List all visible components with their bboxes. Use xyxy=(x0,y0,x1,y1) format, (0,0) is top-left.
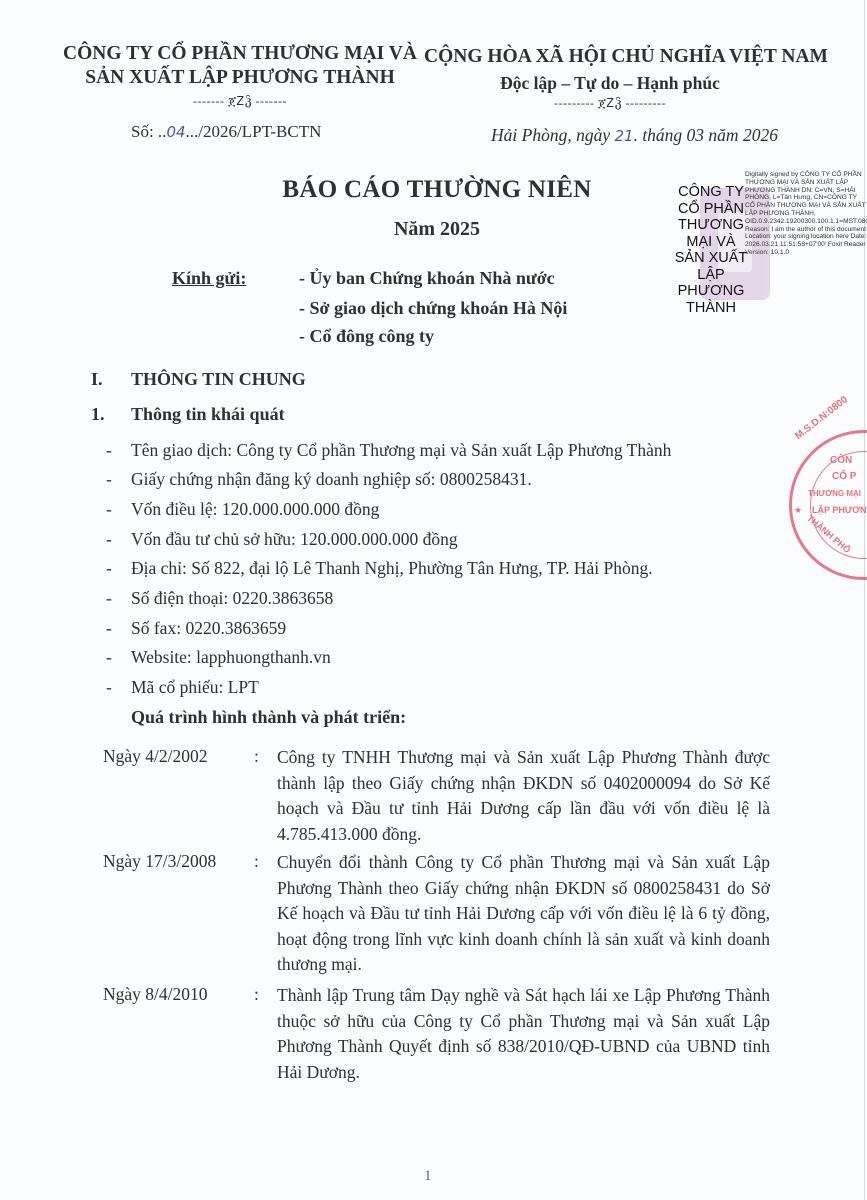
place-date: Hải Phòng, ngày 21. tháng 03 năm 2026 xyxy=(491,125,778,146)
day-handwritten: 21 xyxy=(614,127,633,145)
history-heading: Quá trình hình thành và phát triển: xyxy=(131,707,406,728)
info-item: Số fax: 0220.3863659 xyxy=(131,618,286,639)
doc-number-handwritten: 04 xyxy=(166,123,185,141)
info-item[interactable]: Website: lapphuongthanh.vn xyxy=(131,647,331,668)
stamp-arc-top: M.S.D.N:0800 xyxy=(793,394,850,442)
stamp-line: LẬP PHƯƠN xyxy=(812,505,866,515)
info-item: Vốn điều lệ: 120.000.000.000 đồng xyxy=(131,499,379,520)
info-item: Mã cổ phiếu: LPT xyxy=(131,677,259,698)
bullet-dash: - xyxy=(106,499,112,520)
doc-number-suffix: .../2026/LPT-BCTN xyxy=(186,122,322,141)
star-icon: ★ xyxy=(794,505,802,516)
stamp-line: CÔN xyxy=(830,455,852,466)
history-text: Thành lập Trung tâm Dạy nghề và Sát hạch… xyxy=(277,983,770,1085)
history-colon: : xyxy=(254,746,259,767)
bullet-dash: - xyxy=(106,558,112,579)
history-text: Công ty TNHH Thương mại và Sản xuất Lập … xyxy=(277,745,770,847)
digital-signature-name[interactable]: CÔNG TY CỔ PHẦN THƯƠNG MẠI VÀ SẢN XUẤT L… xyxy=(672,184,750,316)
history-date: Ngày 4/2/2002 xyxy=(103,746,208,767)
bullet-dash: - xyxy=(106,677,112,698)
stamp-line: THƯƠNG MẠI xyxy=(808,489,861,498)
recipient-item: - Sở giao dịch chứng khoán Hà Nội xyxy=(299,298,567,319)
place-date-prefix: Hải Phòng, ngày xyxy=(491,125,614,145)
page-number: 1 xyxy=(424,1168,432,1185)
digital-signature-details[interactable]: Digitally signed by CÔNG TY CỔ PHẦN THƯƠ… xyxy=(745,171,867,257)
history-date: Ngày 8/4/2010 xyxy=(103,984,208,1005)
recipients-label: Kính gửi: xyxy=(172,268,246,289)
recipient-item: - Ủy ban Chứng khoán Nhà nước xyxy=(299,268,555,289)
bullet-dash: - xyxy=(106,469,112,490)
national-ornament: --------- ጀᏃჴ --------- xyxy=(424,96,796,111)
bullet-dash: - xyxy=(106,618,112,639)
bullet-dash: - xyxy=(106,647,112,668)
place-date-suffix: . tháng 03 năm 2026 xyxy=(634,125,778,145)
info-item: Vốn đầu tư chủ sở hữu: 120.000.000.000 đ… xyxy=(131,529,458,550)
bullet-dash: - xyxy=(106,588,112,609)
report-title: BÁO CÁO THƯỜNG NIÊN xyxy=(250,176,624,204)
info-item: Tên giao dịch: Công ty Cổ phần Thương mạ… xyxy=(131,440,671,461)
info-item: Địa chỉ: Số 822, đại lộ Lê Thanh Nghị, P… xyxy=(131,558,653,579)
info-item: Số điện thoại: 0220.3863658 xyxy=(131,588,333,609)
bullet-dash: - xyxy=(106,529,112,550)
history-date: Ngày 17/3/2008 xyxy=(103,851,216,872)
document-number: Số: ..04.../2026/LPT-BCTN xyxy=(131,122,321,142)
bullet-dash: - xyxy=(106,440,112,461)
subsection-number: 1. xyxy=(91,404,105,425)
national-motto: Độc lập – Tự do – Hạnh phúc xyxy=(424,73,796,94)
company-ornament: ------- ጀᏃჴ ------- xyxy=(60,94,420,109)
history-colon: : xyxy=(254,984,259,1005)
stamp-line: CỔ P xyxy=(832,471,856,482)
section-number: I. xyxy=(91,369,103,390)
history-colon: : xyxy=(254,851,259,872)
section-title: THÔNG TIN CHUNG xyxy=(131,369,306,390)
recipient-item: - Cổ đông công ty xyxy=(299,326,434,347)
subsection-title: Thông tin khái quát xyxy=(131,404,285,425)
doc-number-prefix: Số: .. xyxy=(131,122,166,141)
company-stamp: M.S.D.N:0800 CÔN CỔ P THƯƠNG MẠI LẬP PHƯ… xyxy=(789,430,867,580)
national-title: CỘNG HÒA XÃ HỘI CHỦ NGHĨA VIỆT NAM xyxy=(424,46,796,68)
company-name: CÔNG TY CỔ PHẦN THƯƠNG MẠI VÀ SẢN XUẤT L… xyxy=(60,42,420,90)
info-item: Giấy chứng nhận đăng ký doanh nghiệp số:… xyxy=(131,469,532,490)
history-text: Chuyển đổi thành Công ty Cổ phần Thương … xyxy=(277,850,770,978)
report-year: Năm 2025 xyxy=(250,218,624,241)
